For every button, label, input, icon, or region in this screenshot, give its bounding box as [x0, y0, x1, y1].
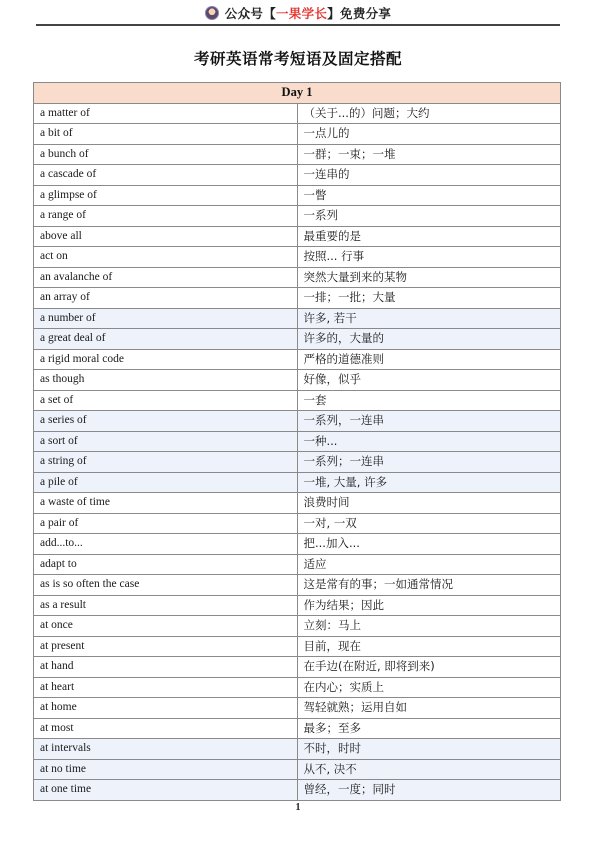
phrase-chinese: 目前，现在: [297, 636, 561, 657]
phrase-english: at once: [34, 616, 298, 637]
phrase-english: an avalanche of: [34, 267, 298, 288]
phrase-chinese: 不时，时时: [297, 739, 561, 760]
brand-highlight: 一果学长: [276, 6, 327, 21]
phrase-english: a string of: [34, 452, 298, 473]
phrase-chinese: 一堆, 大量, 许多: [297, 472, 561, 493]
table-row: at home驾轻就熟；运用自如: [34, 698, 561, 719]
table-row: at most最多；至多: [34, 718, 561, 739]
phrase-english: at hand: [34, 657, 298, 678]
phrase-english: at no time: [34, 759, 298, 780]
phrase-chinese: 适应: [297, 554, 561, 575]
phrase-chinese: 一排；一批；大量: [297, 288, 561, 309]
phrase-english: a range of: [34, 206, 298, 227]
page-header: 公众号【一果学长】免费分享: [0, 0, 596, 26]
table-row: an avalanche of突然大量到来的某物: [34, 267, 561, 288]
phrase-chinese: 立刻：马上: [297, 616, 561, 637]
phrase-chinese: 驾轻就熟；运用自如: [297, 698, 561, 719]
table-row: a waste of time浪费时间: [34, 493, 561, 514]
table-row: a pair of一对, 一双: [34, 513, 561, 534]
table-row: a number of许多, 若干: [34, 308, 561, 329]
table-row: adapt to适应: [34, 554, 561, 575]
phrase-english: a series of: [34, 411, 298, 432]
brand-suffix: 免费分享: [340, 6, 391, 21]
phrase-english: add...to...: [34, 534, 298, 555]
avatar-icon: [205, 6, 219, 20]
phrase-english: a set of: [34, 390, 298, 411]
section-header-row: Day 1: [34, 83, 561, 104]
phrase-english: at present: [34, 636, 298, 657]
phrase-english: a waste of time: [34, 493, 298, 514]
table-row: a sort of一种...: [34, 431, 561, 452]
table-row: an array of一排；一批；大量: [34, 288, 561, 309]
phrase-english: as though: [34, 370, 298, 391]
phrase-chinese: 许多, 若干: [297, 308, 561, 329]
table-row: a rigid moral code严格的道德准则: [34, 349, 561, 370]
table-row: a glimpse of一瞥: [34, 185, 561, 206]
phrase-english: a bunch of: [34, 144, 298, 165]
phrase-chinese: 一系列；一连串: [297, 452, 561, 473]
phrase-chinese: 从不, 决不: [297, 759, 561, 780]
table-row: a string of一系列；一连串: [34, 452, 561, 473]
phrase-chinese: 一群；一束；一堆: [297, 144, 561, 165]
phrase-chinese: 严格的道德准则: [297, 349, 561, 370]
bracket-close: 】: [327, 6, 340, 21]
section-header: Day 1: [34, 83, 561, 104]
table-row: at intervals不时，时时: [34, 739, 561, 760]
table-row: at once立刻：马上: [34, 616, 561, 637]
table-row: act on按照... 行事: [34, 247, 561, 268]
table-row: a set of一套: [34, 390, 561, 411]
phrase-chinese: 最重要的是: [297, 226, 561, 247]
phrase-english: a great deal of: [34, 329, 298, 350]
phrase-english: act on: [34, 247, 298, 268]
header-divider: [36, 24, 560, 26]
phrase-chinese: 一瞥: [297, 185, 561, 206]
phrase-english: a glimpse of: [34, 185, 298, 206]
phrase-chinese: 突然大量到来的某物: [297, 267, 561, 288]
phrase-chinese: 一对, 一双: [297, 513, 561, 534]
page-number: 1: [0, 802, 596, 813]
phrase-chinese: 许多的，大量的: [297, 329, 561, 350]
table-row: at heart在内心；实质上: [34, 677, 561, 698]
phrase-english: at one time: [34, 780, 298, 801]
phrase-english: a matter of: [34, 103, 298, 124]
phrase-chinese: 一系列，一连串: [297, 411, 561, 432]
table-row: a matter of（关于...的）问题；大约: [34, 103, 561, 124]
phrase-chinese: 一套: [297, 390, 561, 411]
phrase-chinese: 在手边(在附近, 即将到来): [297, 657, 561, 678]
phrase-english: above all: [34, 226, 298, 247]
phrase-table: Day 1 a matter of（关于...的）问题；大约a bit of一点…: [33, 82, 561, 801]
phrase-english: a pile of: [34, 472, 298, 493]
document-title: 考研英语常考短语及固定搭配: [0, 47, 596, 69]
phrase-english: at heart: [34, 677, 298, 698]
table-row: a great deal of许多的，大量的: [34, 329, 561, 350]
table-row: a pile of一堆, 大量, 许多: [34, 472, 561, 493]
phrase-english: adapt to: [34, 554, 298, 575]
table-row: as though好像，似乎: [34, 370, 561, 391]
phrase-chinese: 作为结果；因此: [297, 595, 561, 616]
phrase-chinese: 把...加入...: [297, 534, 561, 555]
phrase-english: a sort of: [34, 431, 298, 452]
phrase-chinese: 一系列: [297, 206, 561, 227]
phrase-table-body: a matter of（关于...的）问题；大约a bit of一点儿的a bu…: [34, 103, 561, 800]
table-row: add...to...把...加入...: [34, 534, 561, 555]
table-row: as is so often the case这是常有的事；一如通常情况: [34, 575, 561, 596]
phrase-english: a bit of: [34, 124, 298, 145]
table-row: at one time曾经，一度；同时: [34, 780, 561, 801]
phrase-english: as a result: [34, 595, 298, 616]
table-row: a bunch of一群；一束；一堆: [34, 144, 561, 165]
phrase-english: at most: [34, 718, 298, 739]
table-row: at hand在手边(在附近, 即将到来): [34, 657, 561, 678]
table-row: at no time从不, 决不: [34, 759, 561, 780]
phrase-chinese: 浪费时间: [297, 493, 561, 514]
bracket-open: 【: [263, 6, 276, 21]
phrase-chinese: 最多；至多: [297, 718, 561, 739]
phrase-chinese: 这是常有的事；一如通常情况: [297, 575, 561, 596]
phrase-chinese: 在内心；实质上: [297, 677, 561, 698]
table-row: above all最重要的是: [34, 226, 561, 247]
phrase-english: a cascade of: [34, 165, 298, 186]
phrase-english: at home: [34, 698, 298, 719]
brand-banner: 公众号【一果学长】免费分享: [0, 4, 596, 22]
table-row: a series of一系列，一连串: [34, 411, 561, 432]
phrase-chinese: （关于...的）问题；大约: [297, 103, 561, 124]
phrase-english: at intervals: [34, 739, 298, 760]
phrase-chinese: 按照... 行事: [297, 247, 561, 268]
table-row: a cascade of一连串的: [34, 165, 561, 186]
brand-prefix: 公众号: [225, 6, 263, 21]
phrase-english: as is so often the case: [34, 575, 298, 596]
phrase-chinese: 一点儿的: [297, 124, 561, 145]
phrase-chinese: 曾经，一度；同时: [297, 780, 561, 801]
phrase-english: a rigid moral code: [34, 349, 298, 370]
phrase-english: a pair of: [34, 513, 298, 534]
table-row: at present目前，现在: [34, 636, 561, 657]
phrase-english: a number of: [34, 308, 298, 329]
table-row: a range of一系列: [34, 206, 561, 227]
table-row: a bit of一点儿的: [34, 124, 561, 145]
phrase-chinese: 一连串的: [297, 165, 561, 186]
table-row: as a result作为结果；因此: [34, 595, 561, 616]
phrase-english: an array of: [34, 288, 298, 309]
phrase-chinese: 一种...: [297, 431, 561, 452]
phrase-chinese: 好像，似乎: [297, 370, 561, 391]
